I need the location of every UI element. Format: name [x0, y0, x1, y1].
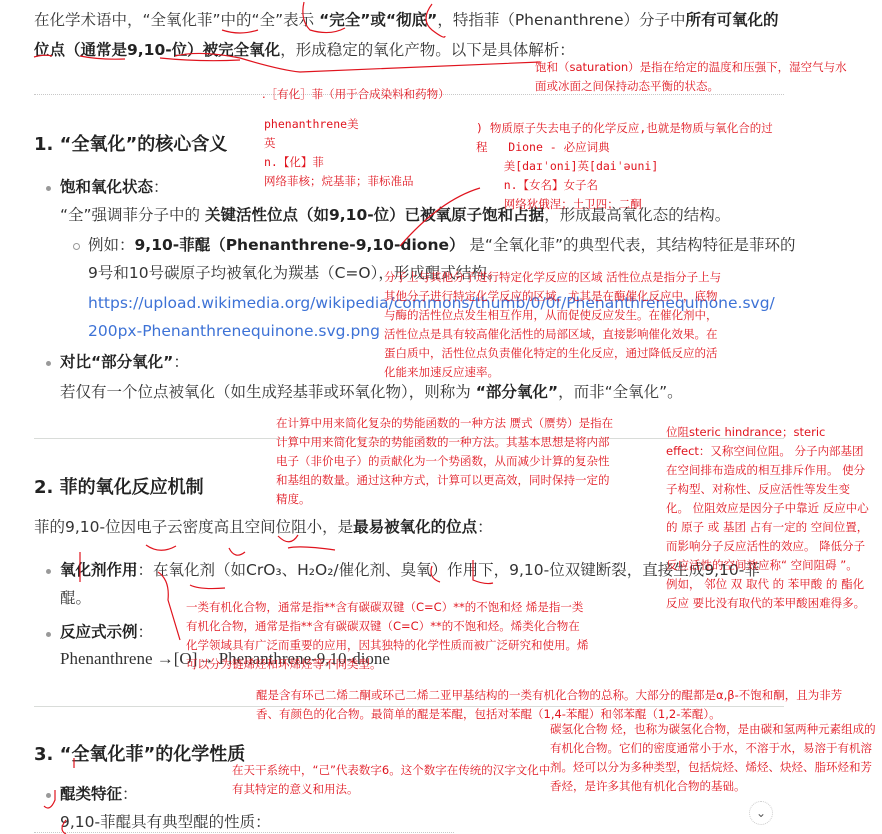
annotation-phenanthrene-dict: phenanthrene美 英 n.【化】菲 网络菲核；烷基菲；菲标准品	[264, 115, 464, 191]
section-2-heading: 2. 菲的氧化反应机制	[34, 473, 204, 499]
text: 若仅有一个位点被氧化（如生成羟基菲或环氧化物），则称为	[60, 383, 476, 401]
annotation-alkene: 一类有机化合物，通常是指**含有碳碳双键（C=C）**的不饱和烃 烯是指一类有机…	[186, 598, 590, 674]
sub-bullet-example: 例如：9,10-菲醌（Phenanthrene-9,10-dione） 是“全氧…	[88, 234, 796, 256]
bullet-partial-text: 若仅有一个位点被氧化（如生成羟基菲或环氧化物），则称为 “部分氧化”，而非“全氧…	[60, 381, 683, 403]
bullet-saturated-oxidation: 饱和氧化状态：	[60, 176, 169, 198]
colon: ：	[153, 178, 169, 196]
text: ：	[477, 518, 493, 536]
bullet-label: 饱和氧化状态	[60, 178, 153, 196]
annotation-ji-six: 在天干系统中，“己”代表数字6。这个数字在传统的汉字文化中有其特定的意义和用法。	[232, 761, 552, 799]
bold-text: 9,10-菲醌（Phenanthrene-9,10-dione）	[135, 236, 465, 254]
bold-text: 最易被氧化的位点	[353, 518, 477, 536]
intro-text: ，特指菲（Phenanthrene）分子中	[437, 11, 685, 29]
bullet-dot	[46, 632, 51, 637]
chevron-down-icon[interactable]: ⌄	[749, 801, 773, 825]
intro-text: 在化学术语中，“全氧化菲”中的“全”表示	[34, 11, 319, 29]
divider	[34, 832, 454, 833]
text: 例如：	[88, 236, 135, 254]
annotation-hydrocarbon: 碳氢化合物 烃，也称为碳氢化合物，是由碳和氢两种元素组成的有机化合物。它们的密度…	[550, 720, 876, 796]
colon: ：	[138, 623, 154, 641]
section-1-heading: 1. “全氧化”的核心含义	[34, 130, 227, 156]
bullet-label: 对比“部分氧化”	[60, 353, 173, 371]
text: 菲的9,10-位因电子云密度高且空间位阻小，是	[34, 518, 353, 536]
section-2-intro: 菲的9,10-位因电子云密度高且空间位阻小，是最易被氧化的位点：	[34, 516, 493, 538]
intro-line-2: 位点（通常是9,10-位）被完全氧化，形成稳定的氧化产物。以下是具体解析：	[34, 39, 575, 61]
bullet-dot	[46, 186, 51, 191]
section-3-heading: 3. “全氧化菲”的化学性质	[34, 740, 245, 766]
intro-bold-complete: “完全”或“彻底”	[319, 11, 437, 29]
intro-line-1: 在化学术语中，“全氧化菲”中的“全”表示 “完全”或“彻底”，特指菲（Phena…	[34, 9, 779, 31]
bullet-quinone-text: 9,10-菲醌具有典型醌的性质：	[60, 811, 271, 833]
document-page: 在化学术语中，“全氧化菲”中的“全”表示 “完全”或“彻底”，特指菲（Phena…	[0, 0, 882, 834]
bullet-reaction-example: 反应式示例：	[60, 621, 153, 643]
annotation-oxidation-dione: ) 物质原子失去电子的化学反应,也就是物质与氧化合的过 程 Dione - 必应…	[476, 119, 846, 214]
bullet-quinone-features: 醌类特征：	[60, 783, 138, 805]
text: 是“全氧化菲”的典型代表，其结构特征是菲环的	[465, 236, 796, 254]
text: ，而非“全氧化”。	[558, 383, 683, 401]
bullet-oxidant-line-2: 醌。	[60, 587, 91, 609]
annotation-pseudopotential: 在计算中用来简化复杂的势能函数的一种方法 赝式（赝势）是指在计算中用来简化复杂的…	[276, 414, 618, 509]
bullet-dot	[46, 793, 51, 798]
bold-text: “部分氧化”	[476, 383, 558, 401]
sub-bullet-circle	[73, 243, 80, 250]
annotation-phenanthrene-short: .［有化］菲（用于合成染料和药物）	[262, 85, 450, 104]
bullet-label: 氧化剂作用	[60, 561, 138, 579]
intro-text: ，形成稳定的氧化产物。以下是具体解析：	[280, 41, 575, 59]
colon: ：	[122, 785, 138, 803]
intro-bold-oxidizable: 所有可氧化的	[686, 11, 779, 29]
bullet-label: 醌类特征	[60, 785, 122, 803]
bullet-partial-oxidation: 对比“部分氧化”：	[60, 351, 189, 373]
wikimedia-link-line-2[interactable]: 200px-Phenanthrenequinone.svg.png	[88, 320, 380, 342]
intro-bold-sites: 位点（通常是9,10-位）被完全氧化	[34, 41, 280, 59]
annotation-quinone: 醌是含有环己二烯二酮或环己二烯二亚甲基结构的一类有机化合物的总称。大部分的醌都是…	[256, 686, 846, 724]
text: “全”强调菲分子中的	[60, 206, 205, 224]
annotation-steric-hindrance: 位阻steric hindrance；steric effect：又称空间位阻。…	[666, 423, 871, 613]
bullet-dot	[46, 569, 51, 574]
bullet-oxidant-role: 氧化剂作用：在氧化剂（如CrO₃、H₂O₂/催化剂、臭氧）作用下，9,10-位双…	[60, 559, 760, 581]
colon: ：	[173, 353, 189, 371]
bullet-dot	[46, 361, 51, 366]
annotation-saturation: 饱和（saturation）是指在给定的温度和压强下，湿空气与水面或冰面之间保持…	[535, 58, 855, 96]
annotation-active-site: 分子上与其他分子进行特定化学反应的区域 活性位点是指分子上与其他分子进行特定化学…	[384, 268, 724, 382]
bullet-label: 反应式示例	[60, 623, 138, 641]
